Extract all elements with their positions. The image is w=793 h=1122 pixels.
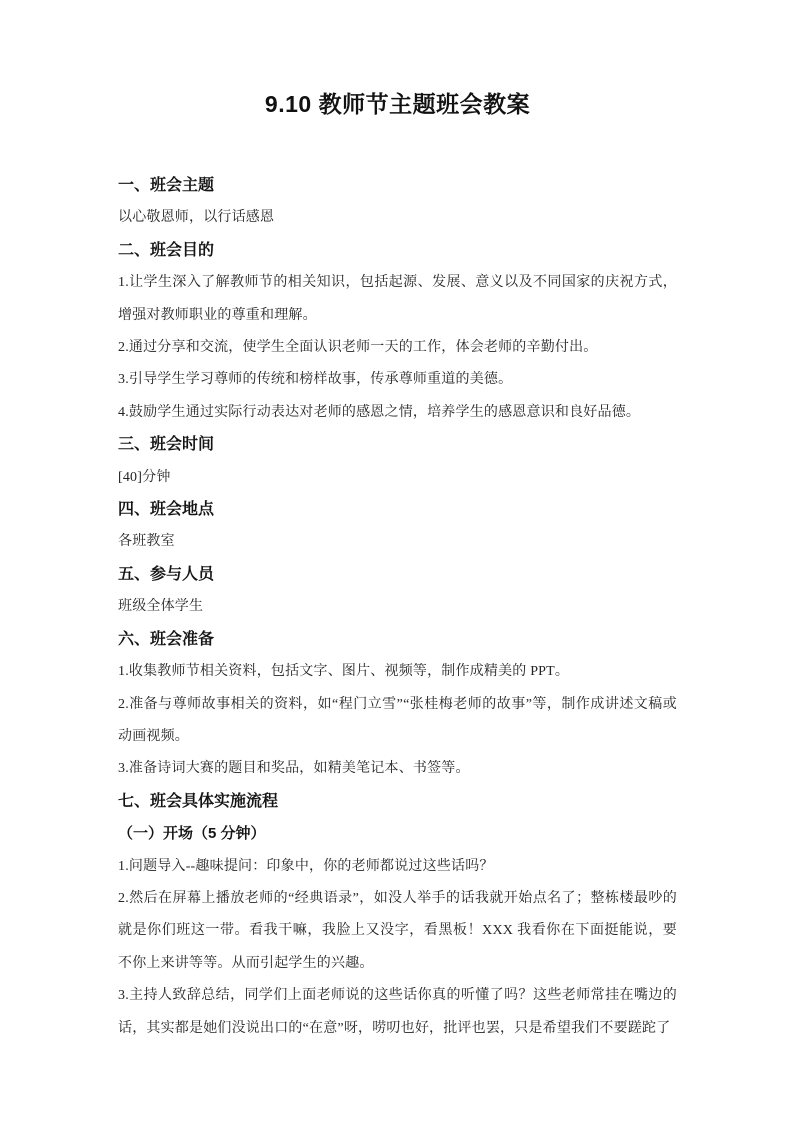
section-heading: 五、参与人员 <box>118 559 677 591</box>
subsection-heading: （一）开场（5 分钟） <box>118 818 677 850</box>
paragraph: 1.问题导入--趣味提问：印象中，你的老师都说过这些话吗？ <box>118 851 677 883</box>
document-content: 9.10 教师节主题班会教案 一、班会主题 以心敬恩师，以行话感恩 二、班会目的… <box>0 0 793 1045</box>
paragraph: 3.准备诗词大赛的题目和奖品，如精美笔记本、书签等。 <box>118 753 677 785</box>
section-heading: 三、班会时间 <box>118 429 677 461</box>
section-heading: 四、班会地点 <box>118 494 677 526</box>
paragraph: [40]分钟 <box>118 462 677 494</box>
section-meeting-place: 四、班会地点 各班教室 <box>118 494 677 559</box>
paragraph: 3.主持人致辞总结，同学们上面老师说的这些话你真的听懂了吗？这些老师常挂在嘴边的… <box>118 980 677 1045</box>
section-implementation-process: 七、班会具体实施流程 <box>118 786 677 818</box>
paragraph: 3.引导学生学习尊师的传统和榜样故事，传承尊师重道的美德。 <box>118 364 677 396</box>
document-title: 9.10 教师节主题班会教案 <box>118 88 677 120</box>
section-participants: 五、参与人员 班级全体学生 <box>118 559 677 624</box>
paragraph: 1.让学生深入了解教师节的相关知识，包括起源、发展、意义以及不同国家的庆祝方式，… <box>118 267 677 332</box>
subsection-opening: （一）开场（5 分钟） 1.问题导入--趣味提问：印象中，你的老师都说过这些话吗… <box>118 818 677 1045</box>
paragraph: 1.收集教师节相关资料，包括文字、图片、视频等，制作成精美的 PPT。 <box>118 656 677 688</box>
paragraph: 以心敬恩师，以行话感恩 <box>118 202 677 234</box>
paragraph: 4.鼓励学生通过实际行动表达对老师的感恩之情，培养学生的感恩意识和良好品德。 <box>118 397 677 429</box>
paragraph: 各班教室 <box>118 526 677 558</box>
section-heading: 二、班会目的 <box>118 235 677 267</box>
section-heading: 一、班会主题 <box>118 170 677 202</box>
section-meeting-purpose: 二、班会目的 1.让学生深入了解教师节的相关知识，包括起源、发展、意义以及不同国… <box>118 235 677 429</box>
section-meeting-theme: 一、班会主题 以心敬恩师，以行话感恩 <box>118 170 677 235</box>
paragraph: 2.然后在屏幕上播放老师的“经典语录”，如没人举手的话我就开始点名了；整栋楼最吵… <box>118 883 677 980</box>
section-heading: 七、班会具体实施流程 <box>118 786 677 818</box>
document-page: 9.10 教师节主题班会教案 一、班会主题 以心敬恩师，以行话感恩 二、班会目的… <box>0 0 793 1122</box>
paragraph: 2.准备与尊师故事相关的资料，如“程门立雪”“张桂梅老师的故事”等，制作成讲述文… <box>118 689 677 754</box>
section-meeting-preparation: 六、班会准备 1.收集教师节相关资料，包括文字、图片、视频等，制作成精美的 PP… <box>118 624 677 786</box>
paragraph: 班级全体学生 <box>118 591 677 623</box>
paragraph: 2.通过分享和交流，使学生全面认识老师一天的工作，体会老师的辛勤付出。 <box>118 332 677 364</box>
section-heading: 六、班会准备 <box>118 624 677 656</box>
section-meeting-time: 三、班会时间 [40]分钟 <box>118 429 677 494</box>
